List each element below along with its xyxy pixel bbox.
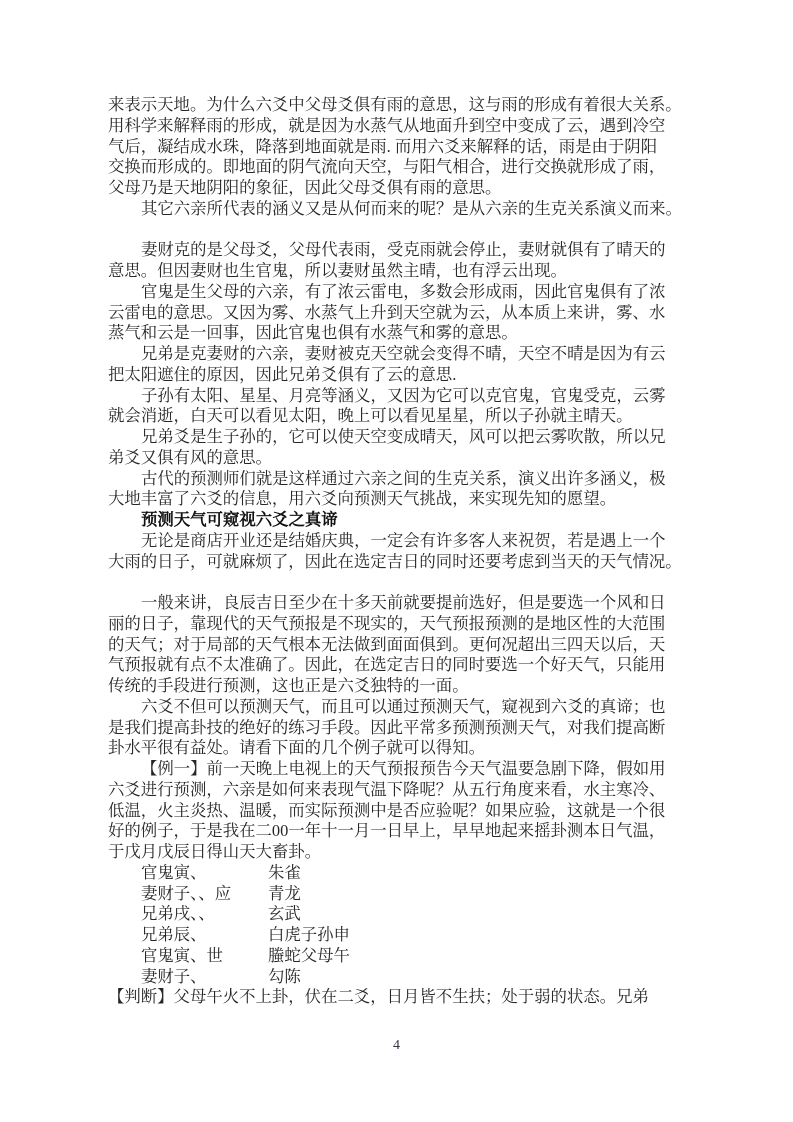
text-line: 古代的预测师们就是这样通过六亲之间的生克关系，演义出许多涵义，极 <box>108 469 692 490</box>
line-text: 来表示天地。为什么六爻中父母爻俱有雨的意思，这与雨的形成有着很大关系。 <box>108 95 682 116</box>
line-text: 官鬼寅、世 <box>108 946 223 967</box>
line-text: 于戊月戊辰日得山天大畜卦。 <box>108 842 321 863</box>
text-line: 弟爻又俱有风的意思。 <box>108 448 692 469</box>
text-line: 的天气；对于局部的天气根本无法做到面面俱到。更何况超出三四天以后，天 <box>108 635 692 656</box>
line-text: 弟爻又俱有风的意思。 <box>108 448 272 469</box>
line-text: 父母乃是天地阴阳的象征，因此父母爻俱有雨的意思。 <box>108 178 501 199</box>
line-text: 古代的预测师们就是这样通过六亲之间的生克关系，演义出许多涵义，极 <box>108 469 666 490</box>
line-text: 兄弟爻是生子孙的，它可以使天空变成晴天，风可以把云雾吹散，所以兄 <box>108 427 666 448</box>
line-text: 一般来讲，良辰吉日至少在十多天前就要提前选好，但是要选一个风和日 <box>108 593 666 614</box>
text-line: 气后，凝结成水珠，降落到地面就是雨. 而用六爻来解释的话，雨是由于阴阳 <box>108 137 692 158</box>
text-line: 交换而形成的。即地面的阴气流向天空，与阳气相合，进行交换就形成了雨， <box>108 157 692 178</box>
line-second-column: 白虎子孙申 <box>268 925 350 946</box>
text-line: 云雷电的意思。又因为雾、水蒸气上升到天空就为云，从本质上来讲，雾、水 <box>108 303 692 324</box>
text-line: 大地丰富了六爻的信息，用六爻向预测天气挑战，来实现先知的愿望。 <box>108 489 692 510</box>
text-line: 妻财克的是父母爻，父母代表雨，受克雨就会停止，妻财就俱有了晴天的 <box>108 240 692 261</box>
line-second-column: 螣蛇父母午 <box>268 946 350 967</box>
text-line: 用科学来解释雨的形成，就是因为水蒸气从地面升到空中变成了云，遇到冷空 <box>108 116 692 137</box>
line-text: 大地丰富了六爻的信息，用六爻向预测天气挑战，来实现先知的愿望。 <box>108 489 616 510</box>
line-text: 六爻不但可以预测天气，而且可以通过预测天气，窥视到六爻的真谛；也 <box>108 697 666 718</box>
line-text: 【例一】前一天晚上电视上的天气预报预告今天气温要急剧下降，假如用 <box>108 759 666 780</box>
line-second-column: 勾陈 <box>268 967 301 988</box>
line-text: 兄弟辰、 <box>108 925 207 946</box>
text-line: 卦水平很有益处。请看下面的几个例子就可以得知。 <box>108 738 692 759</box>
line-text: 丽的日子，靠现代的天气预报是不现实的，天气预报预测的是地区性的大范围 <box>108 614 665 635</box>
line-text: 兄弟是克妻财的六亲，妻财被克天空就会变得不晴，天空不晴是因为有云 <box>108 344 666 365</box>
text-line: 官鬼寅、世 螣蛇父母午 <box>108 946 692 967</box>
text-line: 丽的日子，靠现代的天气预报是不现实的，天气预报预测的是地区性的大范围 <box>108 614 692 635</box>
line-text: 就会消逝，白天可以看见太阳，晚上可以看见星星，所以子孙就主晴天。 <box>108 406 633 427</box>
line-text: 低温，火主炎热、温暖，而实际预测中是否应验呢？如果应验，这就是一个很 <box>108 801 665 822</box>
line-text: 妻财克的是父母爻，父母代表雨，受克雨就会停止，妻财就俱有了晴天的 <box>108 240 666 261</box>
line-second-column: 朱雀 <box>268 863 301 884</box>
line-text: 交换而形成的。即地面的阴气流向天空，与阳气相合，进行交换就形成了雨， <box>108 157 665 178</box>
line-text: 妻财子、 <box>108 967 207 988</box>
text-line: 把太阳遮住的原因，因此兄弟爻俱有了云的意思. <box>108 365 692 386</box>
text-line <box>108 220 692 241</box>
text-line: 官鬼寅、 朱雀 <box>108 863 692 884</box>
text-line: 一般来讲，良辰吉日至少在十多天前就要提前选好，但是要选一个风和日 <box>108 593 692 614</box>
text-line: 子孙有太阳、星星、月亮等涵义，又因为它可以克官鬼，官鬼受克，云雾 <box>108 386 692 407</box>
line-text: 兄弟戌、、 <box>108 904 215 925</box>
text-line: 好的例子，于是我在二00一年十一月一日早上，早早地起来摇卦测本日气温， <box>108 821 692 842</box>
line-text: 用科学来解释雨的形成，就是因为水蒸气从地面升到空中变成了云，遇到冷空 <box>108 116 665 137</box>
line-text: 无论是商店开业还是结婚庆典，一定会有许多客人来祝贺，若是遇上一个 <box>108 531 666 552</box>
text-line: 传统的手段进行预测，这也正是六爻独特的一面。 <box>108 676 692 697</box>
text-line: 父母乃是天地阴阳的象征，因此父母爻俱有雨的意思。 <box>108 178 692 199</box>
text-line: 气预报就有点不太准确了。因此，在选定吉日的同时要选一个好天气，只能用 <box>108 655 692 676</box>
line-text: 其它六亲所代表的涵义又是从何而来的呢？是从六亲的生克关系演义而来。 <box>108 199 682 220</box>
line-second-column: 青龙 <box>268 884 301 905</box>
line-text: 预测天气可窥视六爻之真谛 <box>108 510 338 531</box>
text-line: 来表示天地。为什么六爻中父母爻俱有雨的意思，这与雨的形成有着很大关系。 <box>108 95 692 116</box>
text-line: 无论是商店开业还是结婚庆典，一定会有许多客人来祝贺，若是遇上一个 <box>108 531 692 552</box>
line-text: 子孙有太阳、星星、月亮等涵义，又因为它可以克官鬼，官鬼受克，云雾 <box>108 386 666 407</box>
text-line: 六爻进行预测，六亲是如何来表现气温下降呢？从五行角度来看，水主寒冷、 <box>108 780 692 801</box>
line-text: 六爻进行预测，六亲是如何来表现气温下降呢？从五行角度来看，水主寒冷、 <box>108 780 665 801</box>
line-second-column: 玄武 <box>268 904 301 925</box>
line-text: 云雷电的意思。又因为雾、水蒸气上升到天空就为云，从本质上来讲，雾、水 <box>108 303 665 324</box>
text-line: 低温，火主炎热、温暖，而实际预测中是否应验呢？如果应验，这就是一个很 <box>108 801 692 822</box>
text-line: 妻财子、、应 青龙 <box>108 884 692 905</box>
text-line: 兄弟是克妻财的六亲，妻财被克天空就会变得不晴，天空不晴是因为有云 <box>108 344 692 365</box>
text-line: 兄弟爻是生子孙的，它可以使天空变成晴天，风可以把云雾吹散，所以兄 <box>108 427 692 448</box>
text-line: 预测天气可窥视六爻之真谛 <box>108 510 692 531</box>
text-line: 于戊月戊辰日得山天大畜卦。 <box>108 842 692 863</box>
line-text: 大雨的日子，可就麻烦了，因此在选定吉日的同时还要考虑到当天的天气情况。 <box>108 552 682 573</box>
line-text: 是我们提高卦技的绝好的练习手段。因此平常多预测预测天气，对我们提高断 <box>108 718 665 739</box>
text-line: 【例一】前一天晚上电视上的天气预报预告今天气温要急剧下降，假如用 <box>108 759 692 780</box>
document-page: 来表示天地。为什么六爻中父母爻俱有雨的意思，这与雨的形成有着很大关系。 用科学来… <box>0 0 793 1122</box>
text-line: 妻财子、 勾陈 <box>108 967 692 988</box>
line-text: 意思。但因妻财也生官鬼，所以妻财虽然主晴，也有浮云出现。 <box>108 261 567 282</box>
line-text: 蒸气和云是一回事，因此官鬼也俱有水蒸气和雾的意思。 <box>108 323 518 344</box>
line-text: 官鬼寅、 <box>108 863 207 884</box>
text-line: 官鬼是生父母的六亲，有了浓云雷电，多数会形成雨，因此官鬼俱有了浓 <box>108 282 692 303</box>
line-text: 的天气；对于局部的天气根本无法做到面面俱到。更何况超出三四天以后，天 <box>108 635 665 656</box>
line-text: 传统的手段进行预测，这也正是六爻独特的一面。 <box>108 676 469 697</box>
text-line: 意思。但因妻财也生官鬼，所以妻财虽然主晴，也有浮云出现。 <box>108 261 692 282</box>
text-line <box>108 572 692 593</box>
line-text: 把太阳遮住的原因，因此兄弟爻俱有了云的意思. <box>108 365 456 386</box>
line-text: 【判断】父母午火不上卦，伏在二爻，日月皆不生扶；处于弱的状态。兄弟 <box>108 987 649 1008</box>
line-text: 气后，凝结成水珠，降落到地面就是雨. 而用六爻来解释的话，雨是由于阴阳 <box>108 137 657 158</box>
text-line: 兄弟戌、、 玄武 <box>108 904 692 925</box>
text-line: 大雨的日子，可就麻烦了，因此在选定吉日的同时还要考虑到当天的天气情况。 <box>108 552 692 573</box>
text-line: 是我们提高卦技的绝好的练习手段。因此平常多预测预测天气，对我们提高断 <box>108 718 692 739</box>
line-text: 气预报就有点不太准确了。因此，在选定吉日的同时要选一个好天气，只能用 <box>108 655 665 676</box>
line-text: 官鬼是生父母的六亲，有了浓云雷电，多数会形成雨，因此官鬼俱有了浓 <box>108 282 666 303</box>
text-line: 六爻不但可以预测天气，而且可以通过预测天气，窥视到六爻的真谛；也 <box>108 697 692 718</box>
line-text: 妻财子、、应 <box>108 884 231 905</box>
text-line: 兄弟辰、 白虎子孙申 <box>108 925 692 946</box>
text-line: 【判断】父母午火不上卦，伏在二爻，日月皆不生扶；处于弱的状态。兄弟 <box>108 987 692 1008</box>
page-body: 来表示天地。为什么六爻中父母爻俱有雨的意思，这与雨的形成有着很大关系。 用科学来… <box>108 95 692 1008</box>
page-number: 4 <box>0 1038 793 1054</box>
text-line: 就会消逝，白天可以看见太阳，晚上可以看见星星，所以子孙就主晴天。 <box>108 406 692 427</box>
text-line: 蒸气和云是一回事，因此官鬼也俱有水蒸气和雾的意思。 <box>108 323 692 344</box>
line-text: 好的例子，于是我在二00一年十一月一日早上，早早地起来摇卦测本日气温， <box>108 821 665 842</box>
text-line: 其它六亲所代表的涵义又是从何而来的呢？是从六亲的生克关系演义而来。 <box>108 199 692 220</box>
line-text: 卦水平很有益处。请看下面的几个例子就可以得知。 <box>108 738 485 759</box>
